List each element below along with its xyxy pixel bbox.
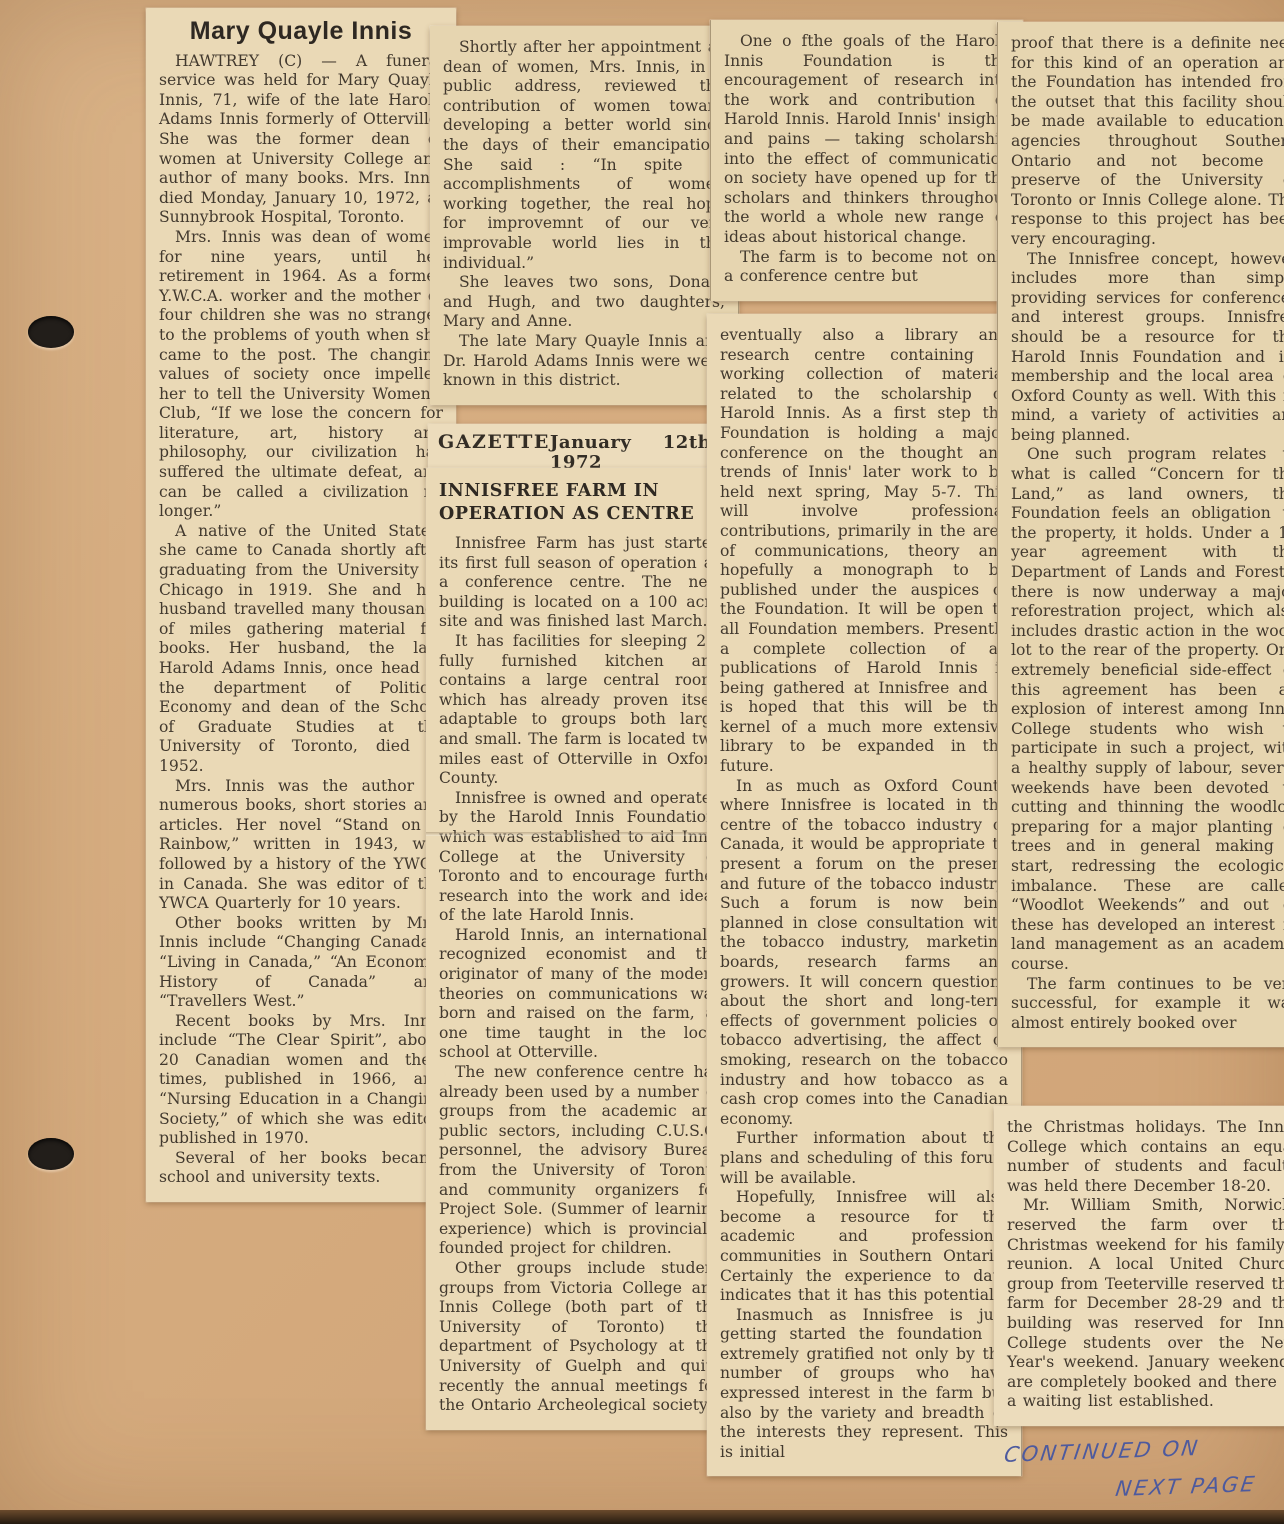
paragraph: eventually also a library and research c… bbox=[720, 326, 1008, 777]
paragraph: She leaves two sons, Donald and Hugh, an… bbox=[443, 273, 725, 332]
paragraph: The farm is to become not only a confere… bbox=[724, 248, 1010, 287]
clipping-innisfree-column4-bottom: the Christmas holidays. The Innis Colleg… bbox=[994, 1106, 1284, 1426]
paragraph: A native of the United States, she came … bbox=[159, 522, 443, 777]
paragraph: Hopefully, Innisfree will also become a … bbox=[720, 1188, 1008, 1306]
paragraph: Harold Innis, an internationally recogni… bbox=[439, 926, 721, 1063]
gazette-row: GAZETTE January 12th, 1972 bbox=[438, 433, 724, 472]
gazette-date: January 12th, 1972 bbox=[550, 433, 724, 472]
paragraph: The farm continues to be very successful… bbox=[1011, 975, 1284, 1034]
paragraph: In as much as Oxford County where Innisf… bbox=[720, 777, 1008, 1130]
innisfree-headline-line2: OPERATION AS CENTRE bbox=[439, 503, 721, 526]
paragraph: One such program relates to what is call… bbox=[1011, 445, 1284, 974]
clipping-innisfree-column3-bottom: eventually also a library and research c… bbox=[707, 314, 1022, 1476]
paragraph: Other books written by Mrs. Innis includ… bbox=[159, 914, 443, 1012]
innisfree-headline: INNISFREE FARM IN OPERATION AS CENTRE bbox=[439, 480, 721, 526]
obituary-column2-text: Shortly after her appointment as dean of… bbox=[443, 38, 725, 391]
binder-hole-bottom bbox=[28, 1138, 74, 1170]
obituary-title: Mary Quayle Innis bbox=[159, 22, 443, 42]
innisfree-column4b-text: the Christmas holidays. The Innis Colleg… bbox=[1007, 1118, 1284, 1412]
gazette-name: GAZETTE bbox=[438, 433, 550, 453]
binder-hole-top bbox=[28, 316, 74, 348]
paragraph: The late Mary Quayle Innis and Dr. Harol… bbox=[443, 332, 725, 391]
handwritten-continued-line1: CONTINUED ON bbox=[1003, 1433, 1281, 1467]
paragraph: Inasmuch as Innisfree is just getting st… bbox=[720, 1306, 1008, 1463]
paragraph: proof that there is a definite need for … bbox=[1011, 34, 1284, 250]
clipping-obituary-column1: Mary Quayle Innis 72 HAWTREY (C) — A fun… bbox=[146, 8, 456, 1202]
paragraph: Mr. William Smith, Norwich, reserved the… bbox=[1007, 1196, 1284, 1412]
paragraph: HAWTREY (C) — A funeral service was held… bbox=[159, 52, 443, 228]
paragraph: Shortly after her appointment as dean of… bbox=[443, 38, 725, 273]
clipping-innisfree-column2: INNISFREE FARM IN OPERATION AS CENTRE In… bbox=[426, 468, 735, 1430]
innisfree-column3a-text: One o fthe goals of the Harold Innis Fou… bbox=[724, 32, 1010, 287]
paragraph: Innisfree Farm has just started its firs… bbox=[439, 534, 721, 632]
clipping-obituary-column2: Shortly after her appointment as dean of… bbox=[430, 26, 739, 405]
handwritten-continued-line2: NEXT PAGE bbox=[1114, 1471, 1282, 1501]
paragraph: Other groups include student groups from… bbox=[439, 1259, 721, 1416]
innisfree-column2-text: Innisfree Farm has just started its firs… bbox=[439, 534, 721, 1416]
page-bottom-edge bbox=[0, 1510, 1284, 1524]
paragraph: The new conference centre has already be… bbox=[439, 1063, 721, 1259]
paragraph: It has facilities for sleeping 22, fully… bbox=[439, 632, 721, 789]
innisfree-column4a-text: proof that there is a definite need for … bbox=[1011, 34, 1284, 1033]
handwritten-continued-note: CONTINUED ON NEXT PAGE bbox=[1004, 1433, 1281, 1505]
paragraph: Mrs. Innis was the author of numerous bo… bbox=[159, 777, 443, 914]
paragraph: Several of her books became school and u… bbox=[159, 1149, 443, 1188]
paragraph: the Christmas holidays. The Innis Colleg… bbox=[1007, 1118, 1284, 1196]
paragraph: Innisfree is owned and operated by the H… bbox=[439, 789, 721, 926]
clipping-innisfree-column4-top: proof that there is a definite need for … bbox=[997, 22, 1284, 1047]
clipping-innisfree-column3-top: One o fthe goals of the Harold Innis Fou… bbox=[710, 20, 1023, 301]
obituary-column1-text: HAWTREY (C) — A funeral service was held… bbox=[159, 52, 443, 1188]
paragraph: Recent books by Mrs. Innis include “The … bbox=[159, 1012, 443, 1149]
paragraph: One o fthe goals of the Harold Innis Fou… bbox=[724, 32, 1010, 248]
paragraph: Mrs. Innis was dean of women for nine ye… bbox=[159, 228, 443, 522]
innisfree-column3b-text: eventually also a library and research c… bbox=[720, 326, 1008, 1462]
paragraph: The Innisfree concept, however includes … bbox=[1011, 250, 1284, 446]
paragraph: Further information about the plans and … bbox=[720, 1129, 1008, 1188]
innisfree-headline-line1: INNISFREE FARM IN bbox=[439, 480, 721, 503]
